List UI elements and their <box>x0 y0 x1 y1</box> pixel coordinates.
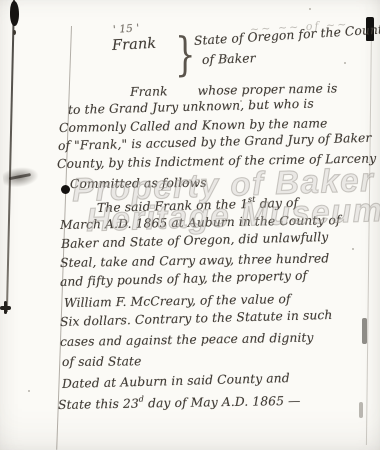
handwritten-line: The said Frank on the 1st day of <box>97 194 299 215</box>
binding-edge-line <box>6 0 15 312</box>
edge-smudge <box>362 318 367 344</box>
handwritten-line: cases and against the peace and dignity <box>60 331 314 349</box>
paper-speck <box>344 62 346 64</box>
handwritten-line: to the Grand Jury unknown, but who is <box>68 97 314 117</box>
handwritten-line: William F. McCreary, of the value of <box>64 292 291 310</box>
handwritten-line: and fifty pounds of hay, the property of <box>60 269 308 289</box>
handwritten-line: State this 23d day of May A.D. 1865 — <box>58 392 301 412</box>
paper-speck <box>352 248 354 250</box>
line-text-part: whose proper name is <box>197 81 337 97</box>
line-text-part: day of <box>255 196 298 211</box>
ink-mark-bottom-left <box>0 306 11 310</box>
scanned-document-page: ' 15 ' Frank } State of Oregon for the C… <box>0 0 380 450</box>
ink-blot-top-left <box>10 1 19 26</box>
paper-speck <box>28 390 30 392</box>
page-edge-line <box>366 28 372 445</box>
court-title-line-2: of Baker <box>202 51 256 67</box>
handwritten-line: Dated at Auburn in said County and <box>62 371 290 391</box>
line-text-part: Frank <box>130 84 168 99</box>
edge-smudge <box>359 402 363 418</box>
line-text-part: The said Frank on the 1 <box>97 197 248 215</box>
ink-speck <box>13 30 16 35</box>
ink-smudge-left <box>2 165 40 189</box>
paper-speck <box>309 8 311 10</box>
line-text-part: day of May A.D. 1865 — <box>144 394 301 411</box>
handwritten-line: Baker and State of Oregon, did unlawfull… <box>61 230 329 251</box>
handwritten-line: Steal, take and Carry away, three hundre… <box>60 251 330 270</box>
handwritten-line: County, by this Indictment of the crime … <box>57 151 377 171</box>
handwritten-line: March A.D. 1865 at Auburn in the County … <box>60 213 341 232</box>
handwritten-line: Six dollars. Contrary to the Statute in … <box>60 308 333 329</box>
caption-brace: } <box>175 27 195 81</box>
defendant-name: Frank <box>112 36 157 54</box>
ink-dot <box>61 185 70 194</box>
handwritten-line: Committed as follows <box>70 176 207 191</box>
handwritten-line: of said State <box>62 354 142 369</box>
line-text-part: State this 23 <box>58 397 139 412</box>
case-number: ' 15 ' <box>113 22 140 36</box>
